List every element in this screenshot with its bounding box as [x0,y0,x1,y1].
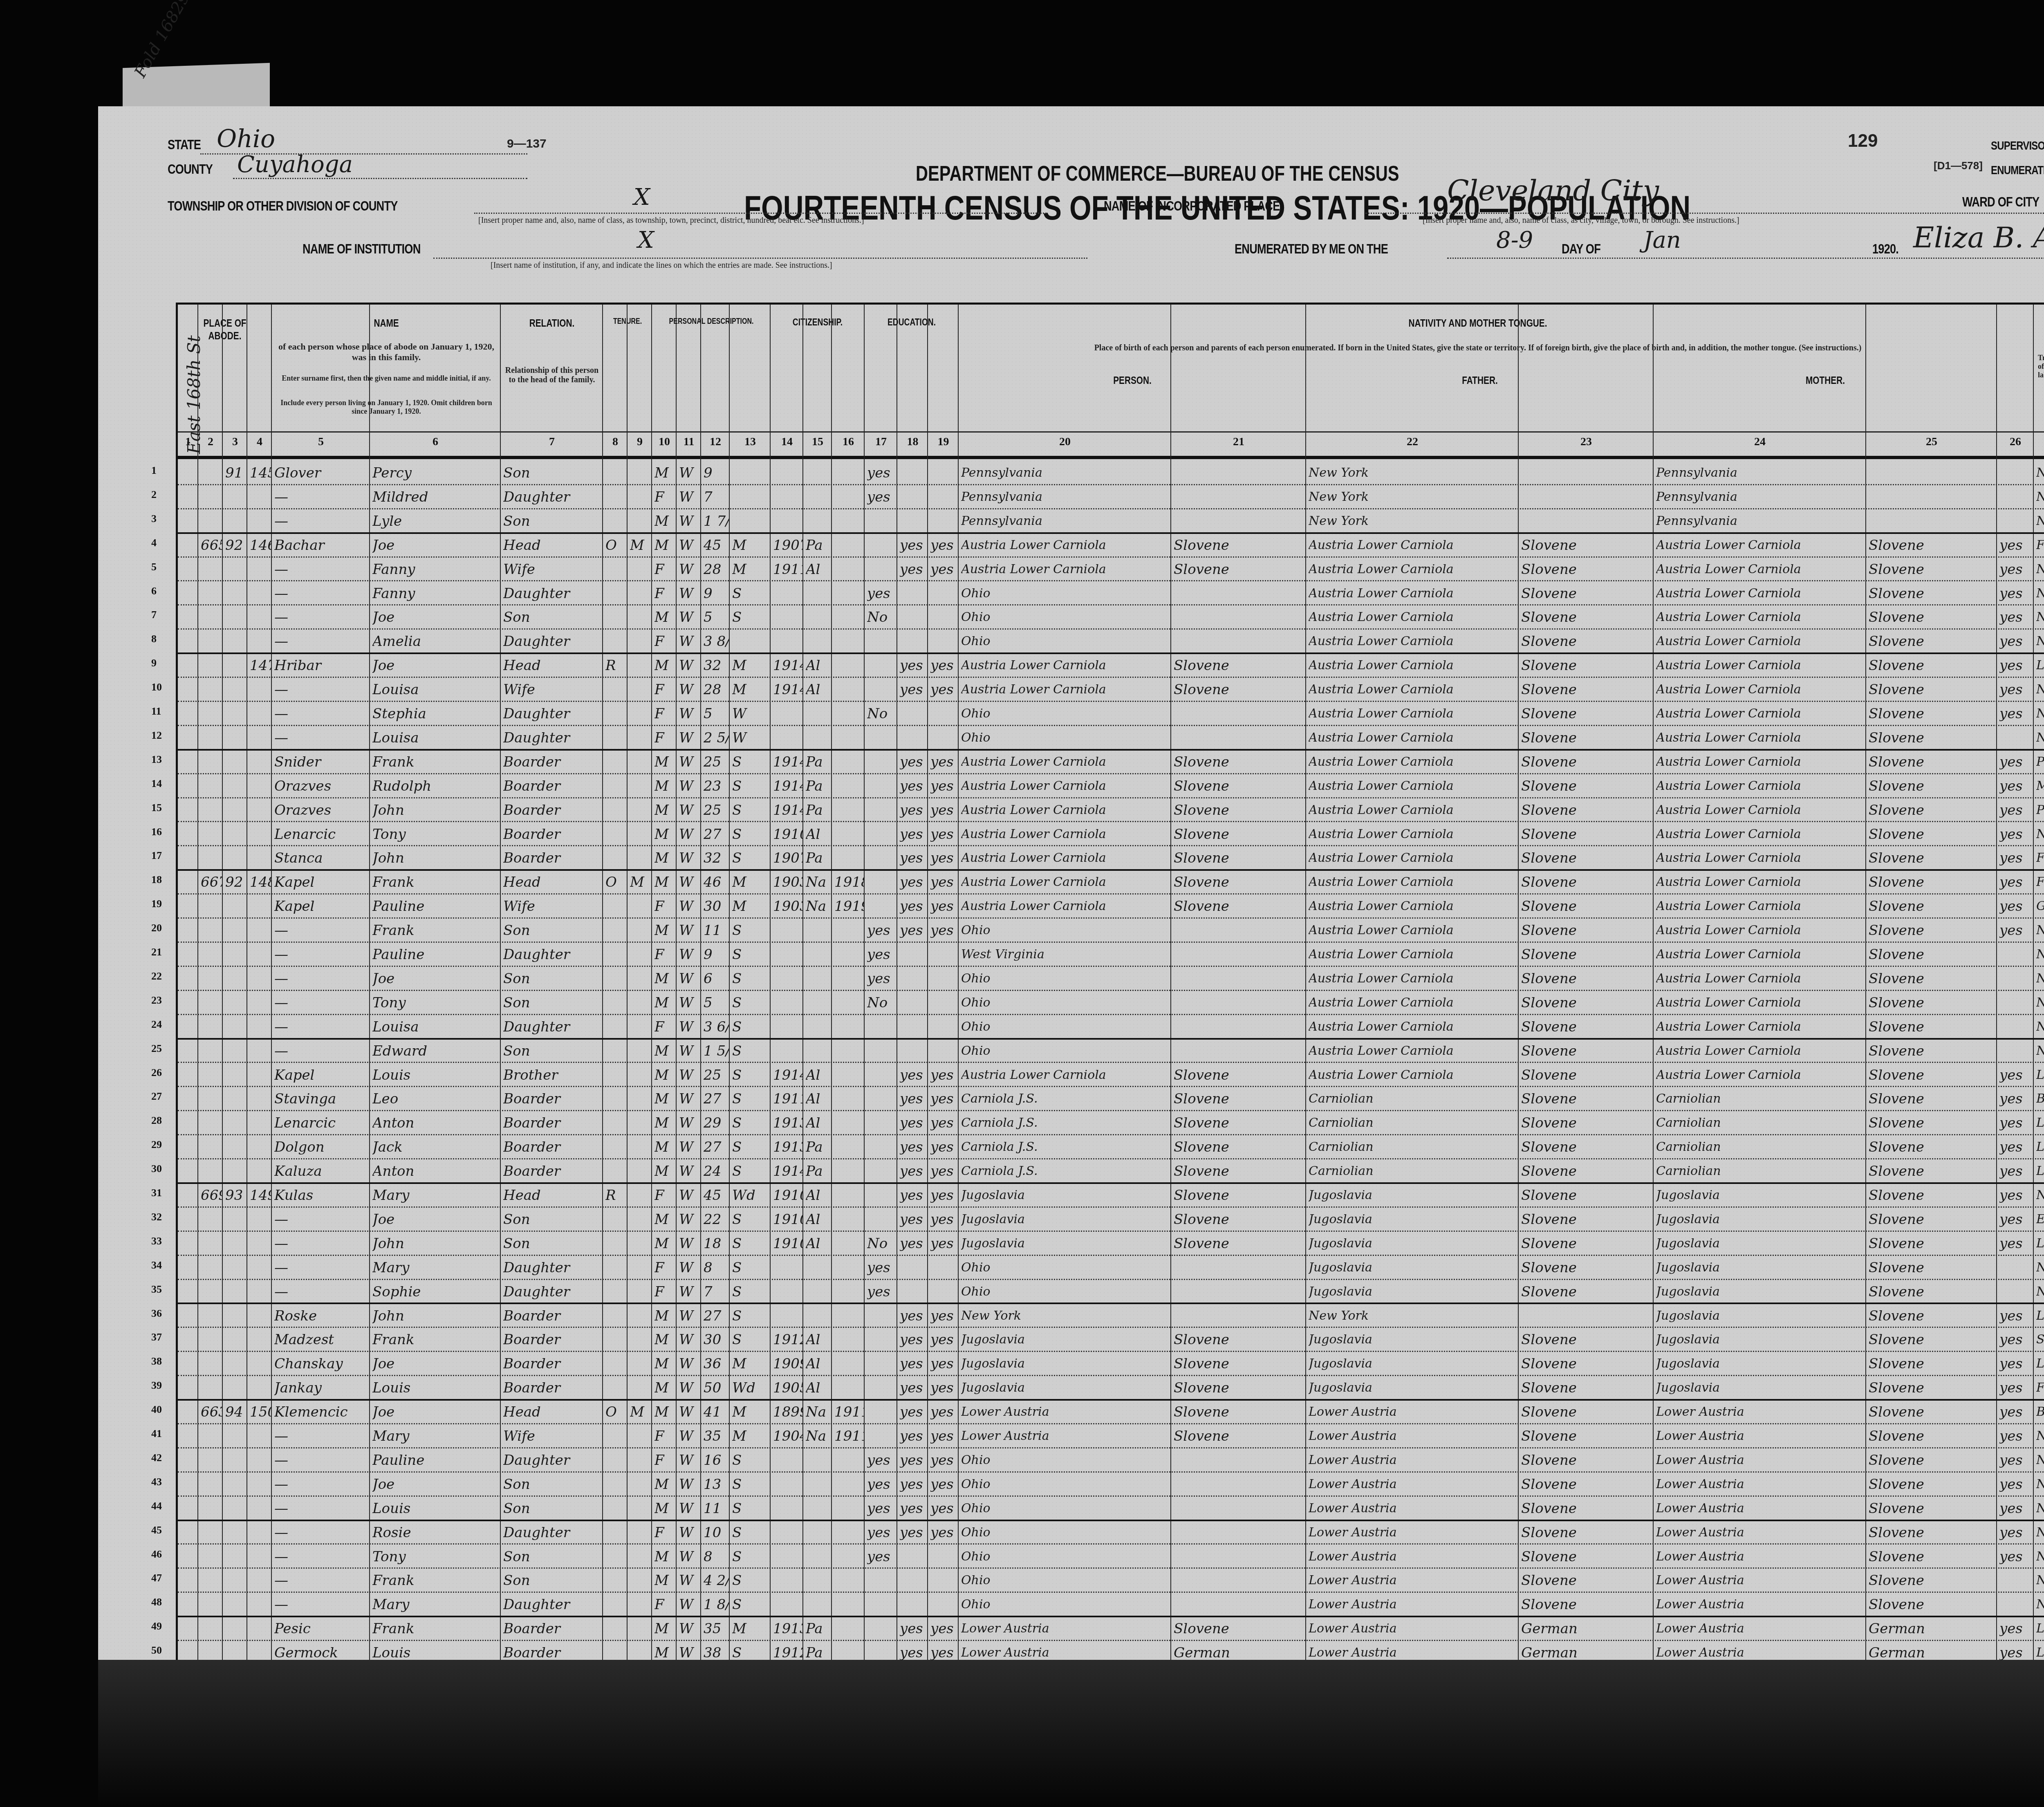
cell-surname: Snider [274,752,369,772]
cell-ftongue: Slovene [1521,921,1653,940]
cell-read: yes [900,1402,927,1422]
cell-sex: M [654,921,676,940]
table-row: —SophieDaughterFW7SyesOhioJugoslaviaSlov… [178,1279,2044,1305]
cell-eng: yes [1999,1089,2033,1109]
cell-race: W [679,1113,700,1133]
cell-age: 8 [704,1258,729,1278]
cell-fpob: Austria Lower Carniola [1309,800,1518,820]
cell-pob: Ohio [961,608,1170,627]
line-number-left: 13 [151,753,162,766]
cell-tongue: Slovene [1174,560,1305,579]
form-code: [D1—578] [1934,159,1983,172]
cell-trade: Punch Press Man [2036,800,2044,820]
cell-mtongue: Slovene [1869,536,1996,555]
cell-write: yes [930,560,958,579]
cell-mpob: Jugoslavia [1656,1330,1865,1350]
cell-given: Frank [372,1330,500,1350]
table-row: —MaryDaughterFW1 8/12SOhioLower AustriaS… [178,1592,2044,1617]
cell-race: W [679,1571,700,1590]
cell-ftongue: Slovene [1521,1186,1653,1205]
cell-mpob: Austria Lower Carniola [1656,608,1865,627]
table-row: —MaryWifeFW35M1904Na1911yesyesLower Aust… [178,1423,2044,1448]
table-row: —JoeSonMW6SyesOhioAustria Lower Carniola… [178,966,2044,991]
cell-race: W [679,1210,700,1229]
enumerated-line [1447,258,2044,259]
table-row: RoskeJohnBoarderMW27SyesyesNew YorkNew Y… [178,1303,2044,1328]
table-row: —JoeSonMW22S1910AlyesyesJugoslaviaSloven… [178,1206,2044,1232]
cell-given: Louisa [372,680,500,699]
cell-nat: Pa [806,1619,831,1639]
line-number-left: 30 [151,1163,162,1175]
cell-trade: Foreman [2036,1378,2044,1398]
cell-sex: M [654,1475,676,1494]
cell-write: yes [930,1523,958,1542]
cell-race: W [679,704,700,724]
tab-note: Fold 16829 [131,0,194,81]
cell-family: 148 [250,872,271,892]
cell-dwelling: 94 [225,1402,247,1422]
cell-age: 30 [704,1330,729,1350]
cell-mtongue: Slovene [1869,1330,1996,1350]
cell-age: 16 [704,1451,729,1470]
cell-pob: Austria Lower Carniola [961,825,1170,844]
cell-eng: yes [1999,800,2033,820]
cell-eng: yes [1999,608,2033,627]
cell-immig: 1914 [773,776,802,796]
cell-age: 27 [704,825,729,844]
cell-fpob: Carniolian [1309,1137,1518,1157]
cell-eng: yes [1999,1547,2033,1567]
cell-eng: yes [1999,1161,2033,1181]
cell-immig: 1914 [773,680,802,699]
cell-read: yes [900,848,927,868]
line-number-left: 42 [151,1452,162,1464]
cell-house: 669 [201,1186,222,1205]
cell-marital: M [732,897,770,916]
cell-trade: None [2036,511,2044,531]
cell-read: yes [900,921,927,940]
cell-ftongue: Slovene [1521,752,1653,772]
line-number-left: 46 [151,1548,162,1560]
cell-read: yes [900,1089,927,1109]
cell-marital: M [732,1354,770,1374]
cell-surname: — [274,1017,369,1037]
cell-marital: S [732,1499,770,1518]
cell-school: No [867,608,896,627]
cell-mtongue: Slovene [1869,825,1996,844]
cell-surname: — [274,608,369,627]
cell-ftongue: Slovene [1521,776,1653,796]
cell-tongue: Slovene [1174,1426,1305,1446]
cell-nat: Na [806,897,831,916]
cell-marital: S [732,1282,770,1302]
cell-write: yes [930,872,958,892]
cell-fpob: Austria Lower Carniola [1309,825,1518,844]
cell-ftongue: Slovene [1521,848,1653,868]
cell-read: yes [900,1065,927,1085]
department-title: DEPARTMENT OF COMMERCE—BUREAU OF THE CEN… [916,161,1399,186]
cell-surname: — [274,921,369,940]
table-row: —FannyWifeFW28M1911AlyesyesAustria Lower… [178,556,2044,582]
cell-immig: 1914 [773,656,802,675]
cell-fpob: Carniolian [1309,1113,1518,1133]
cell-given: Leo [372,1089,500,1109]
cell-family: 146 [250,536,271,555]
cell-age: 32 [704,848,729,868]
cell-mpob: Jugoslavia [1656,1354,1865,1374]
cell-sex: M [654,872,676,892]
cell-relation: Boarder [503,1619,602,1639]
line-number-left: 8 [151,633,157,645]
cell-fpob: Austria Lower Carniola [1309,1017,1518,1037]
cell-relation: Boarder [503,1306,602,1326]
cell-pob: Ohio [961,632,1170,651]
cell-mpob: Austria Lower Carniola [1656,656,1865,675]
cell-immig: 1905 [773,1378,802,1398]
cell-surname: — [274,1210,369,1229]
cell-fpob: New York [1309,1306,1518,1326]
cell-pob: Ohio [961,1017,1170,1037]
table-row: —PaulineDaughterFW16SyesyesyesOhioLower … [178,1447,2044,1473]
cell-eng: yes [1999,632,2033,651]
cell-marital: S [732,800,770,820]
table-row: —FrankSonMW11SyesyesyesOhioAustria Lower… [178,917,2044,943]
cell-relation: Daughter [503,1451,602,1470]
cell-school: yes [867,463,896,483]
cell-trade: Laborer [2036,1137,2044,1157]
cell-relation: Daughter [503,487,602,507]
cell-ftongue: Slovene [1521,1137,1653,1157]
incorporated-note: [Insert proper name and, also, name of c… [1423,216,1739,225]
cell-nat: Pa [806,536,831,555]
cell-pob: Austria Lower Carniola [961,1065,1170,1085]
cell-age: 1 7/12 [704,511,729,531]
cell-school: yes [867,1475,896,1494]
column-number: 22 [1306,435,1519,456]
cell-tongue: Slovene [1174,1330,1305,1350]
cell-relation: Daughter [503,632,602,651]
cell-fpob: Austria Lower Carniola [1309,728,1518,748]
cell-write: yes [930,1499,958,1518]
cell-sex: M [654,1499,676,1518]
cell-surname: Lenarcic [274,825,369,844]
cell-relation: Daughter [503,1523,602,1542]
cell-sex: M [654,825,676,844]
cell-mtongue: Slovene [1869,800,1996,820]
cell-trade: Laborer [2036,1619,2044,1639]
cell-ftongue: Slovene [1521,1475,1653,1494]
cell-mtongue: Slovene [1869,1595,1996,1614]
cell-write: yes [930,776,958,796]
cell-age: 24 [704,1161,729,1181]
cell-age: 45 [704,536,729,555]
cell-mtongue: Slovene [1869,608,1996,627]
table-row: —PaulineDaughterFW9SyesWest VirginiaAust… [178,942,2044,967]
column-number: 11 [677,435,701,456]
cell-nat: Al [806,680,831,699]
line-number-left: 10 [151,681,162,693]
cell-pob: Austria Lower Carniola [961,536,1170,555]
cell-mpob: Austria Lower Carniola [1656,825,1865,844]
cell-race: W [679,1234,700,1253]
cell-mpob: Lower Austria [1656,1402,1865,1422]
cell-mpob: Austria Lower Carniola [1656,704,1865,724]
cell-relation: Boarder [503,1137,602,1157]
line-number-left: 45 [151,1524,162,1536]
institution-line [433,258,1087,259]
line-number-left: 44 [151,1500,162,1512]
cell-read: yes [900,1137,927,1157]
cell-given: Mary [372,1595,500,1614]
cell-fpob: Austria Lower Carniola [1309,608,1518,627]
line-number-left: 29 [151,1139,162,1151]
line-number-left: 40 [151,1403,162,1416]
cell-sex: M [654,800,676,820]
township-line [474,213,1047,214]
supervisor-label: SUPERVISOR'S DISTRICT NO. [1991,139,2044,153]
cell-mtongue: Slovene [1869,1041,1996,1061]
cell-fpob: Lower Austria [1309,1499,1518,1518]
cell-mpob: Jugoslavia [1656,1378,1865,1398]
cell-trade: Laborer [2036,1306,2044,1326]
cell-mpob: Austria Lower Carniola [1656,560,1865,579]
cell-age: 4 2/12 [704,1571,729,1590]
cell-age: 5 [704,993,729,1013]
cell-mtongue: Slovene [1869,1161,1996,1181]
cell-ftongue: Slovene [1521,632,1653,651]
cell-tongue: Slovene [1174,1354,1305,1374]
cell-surname: — [274,1041,369,1061]
column-number: 9 [628,435,652,456]
cell-immig: 1910 [773,1186,802,1205]
cell-given: Mary [372,1426,500,1446]
cell-mpob: Jugoslavia [1656,1258,1865,1278]
cell-write: yes [930,825,958,844]
cell-fpob: Lower Austria [1309,1402,1518,1422]
cell-nat: Pa [806,1137,831,1157]
cell-school: yes [867,969,896,989]
cell-mtongue: Slovene [1869,560,1996,579]
cell-given: John [372,800,500,820]
table-row: —JoeSonMW13SyesyesyesOhioLower AustriaSl… [178,1471,2044,1497]
cell-mtongue: Slovene [1869,680,1996,699]
cell-ftongue: Slovene [1521,1041,1653,1061]
cell-trade: Laborer [2036,1065,2044,1085]
line-number-left: 19 [151,898,162,910]
cell-mpob: Austria Lower Carniola [1656,1065,1865,1085]
cell-read: yes [900,872,927,892]
line-number-left: 20 [151,922,162,934]
cell-race: W [679,1547,700,1567]
cell-immig: 1909 [773,1354,802,1374]
cell-mtongue: Slovene [1869,1137,1996,1157]
cell-ftongue: Slovene [1521,728,1653,748]
cell-write: yes [930,1475,958,1494]
cell-mtongue: Slovene [1869,945,1996,964]
cell-trade: None [2036,487,2044,507]
cell-surname: Glover [274,463,369,483]
cell-fpob: Jugoslavia [1309,1282,1518,1302]
cell-age: 7 [704,487,729,507]
cell-eng: yes [1999,656,2033,675]
table-row: —LouisaWifeFW28M1914AlyesyesAustria Lowe… [178,677,2044,702]
cell-race: W [679,1595,700,1614]
cell-trade: None [2036,945,2044,964]
cell-marital: M [732,536,770,555]
cell-race: W [679,1041,700,1061]
cell-race: W [679,511,700,531]
cell-write: yes [930,1234,958,1253]
cell-surname: Bachar [274,536,369,555]
cell-trade: Fireman Helper [2036,872,2044,892]
cell-tongue: Slovene [1174,1065,1305,1085]
cell-nat: Al [806,1354,831,1374]
cell-trade: None [2036,1523,2044,1542]
cell-age: 28 [704,680,729,699]
cell-race: W [679,921,700,940]
cell-age: 25 [704,800,729,820]
cell-write: yes [930,536,958,555]
cell-ftongue: Slovene [1521,1113,1653,1133]
cell-trade: Laborer [2036,1354,2044,1374]
cell-trade: None [2036,1186,2044,1205]
cell-read: yes [900,800,927,820]
line-number-left: 2 [151,489,157,501]
cell-marital: S [732,1065,770,1085]
cell-pob: Austria Lower Carniola [961,872,1170,892]
cell-mpob: Pennsylvania [1656,487,1865,507]
cell-surname: Roske [274,1306,369,1326]
cell-ftongue: Slovene [1521,656,1653,675]
cell-pob: Jugoslavia [961,1378,1170,1398]
cell-relation: Boarder [503,1113,602,1133]
cell-age: 35 [704,1619,729,1639]
cell-mpob: Austria Lower Carniola [1656,993,1865,1013]
cell-nat: Pa [806,848,831,868]
cell-write: yes [930,1137,958,1157]
cell-school: yes [867,1451,896,1470]
cell-trade: Switchman [2036,1330,2044,1350]
cell-race: W [679,487,700,507]
cell-tongue: Slovene [1174,1186,1305,1205]
cell-marital: S [732,584,770,603]
cell-age: 35 [704,1426,729,1446]
cell-mpob: Lower Austria [1656,1426,1865,1446]
cell-tongue: Slovene [1174,897,1305,916]
cell-pob: Austria Lower Carniola [961,752,1170,772]
cell-age: 5 [704,704,729,724]
cell-ftongue: Slovene [1521,872,1653,892]
cell-age: 9 [704,584,729,603]
stamp-number: 129 [1848,131,1878,151]
cell-given: Rosie [372,1523,500,1542]
cell-tongue: Slovene [1174,1113,1305,1133]
cell-surname: — [274,1595,369,1614]
cell-nat: Al [806,1186,831,1205]
cell-ftongue: Slovene [1521,1426,1653,1446]
cell-write: yes [930,1065,958,1085]
cell-fpob: Lower Austria [1309,1451,1518,1470]
cell-mpob: Jugoslavia [1656,1186,1865,1205]
cell-age: 25 [704,1065,729,1085]
cell-race: W [679,1378,700,1398]
cell-sex: F [654,584,676,603]
cell-relation: Son [503,1475,602,1494]
cell-trade: Fire Man [2036,536,2044,555]
cell-marital: S [732,776,770,796]
cell-pob: Pennsylvania [961,511,1170,531]
cell-marital: S [732,969,770,989]
cell-sex: M [654,1113,676,1133]
cell-pob: Austria Lower Carniola [961,800,1170,820]
cell-trade: None [2036,1258,2044,1278]
cell-pob: Ohio [961,1258,1170,1278]
cell-immig: 1899 [773,1402,802,1422]
cell-given: Joe [372,608,500,627]
column-number: 20 [959,435,1171,456]
cell-marital: S [732,1451,770,1470]
column-number: 2 [198,435,223,456]
cell-ftongue: Slovene [1521,1161,1653,1181]
cell-age: 11 [704,921,729,940]
cell-marital: S [732,1475,770,1494]
line-number-left: 48 [151,1596,162,1608]
cell-eng: yes [1999,1619,2033,1639]
cell-nat: Na [806,1426,831,1446]
cell-surname: Dolgon [274,1137,369,1157]
cell-eng: yes [1999,752,2033,772]
cell-given: Frank [372,1571,500,1590]
cell-read: yes [900,1378,927,1398]
cell-marital: S [732,1330,770,1350]
cell-trade: None [2036,1451,2044,1470]
cell-given: Mary [372,1258,500,1278]
table-row: —StephiaDaughterFW5WNoOhioAustria Lower … [178,701,2044,726]
cell-sex: F [654,897,676,916]
cell-pob: Jugoslavia [961,1330,1170,1350]
cell-sex: F [654,945,676,964]
cell-race: W [679,1619,700,1639]
cell-given: Joe [372,1354,500,1374]
enumerated-label: ENUMERATED BY ME ON THE [1235,241,1388,257]
line-number-left: 38 [151,1355,162,1368]
cell-relation: Son [503,1210,602,1229]
cell-relation: Wife [503,680,602,699]
cell-sex: F [654,487,676,507]
cell-write: yes [930,848,958,868]
cell-mtongue: Slovene [1869,1499,1996,1518]
cell-pob: Austria Lower Carniola [961,680,1170,699]
cell-given: Anton [372,1113,500,1133]
column-number: 14 [771,435,803,456]
cell-mtongue: Slovene [1869,1017,1996,1037]
cell-surname: Lenarcic [274,1113,369,1133]
cell-tongue: Slovene [1174,1210,1305,1229]
column-number: 10 [652,435,677,456]
cell-given: Mildred [372,487,500,507]
county-label: COUNTY [168,161,213,177]
cell-mtongue: Slovene [1869,897,1996,916]
cell-trade: None [2036,969,2044,989]
cell-marital: S [732,825,770,844]
cell-sex: F [654,1186,676,1205]
form-number: 9—137 [507,137,547,151]
table-row: KaluzaAntonBoarderMW24S1914PayesyesCarni… [178,1158,2044,1184]
cell-ftongue: Slovene [1521,1089,1653,1109]
cell-ftongue: Slovene [1521,1402,1653,1422]
cell-relation: Boarder [503,776,602,796]
cell-mtongue: Slovene [1869,921,1996,940]
